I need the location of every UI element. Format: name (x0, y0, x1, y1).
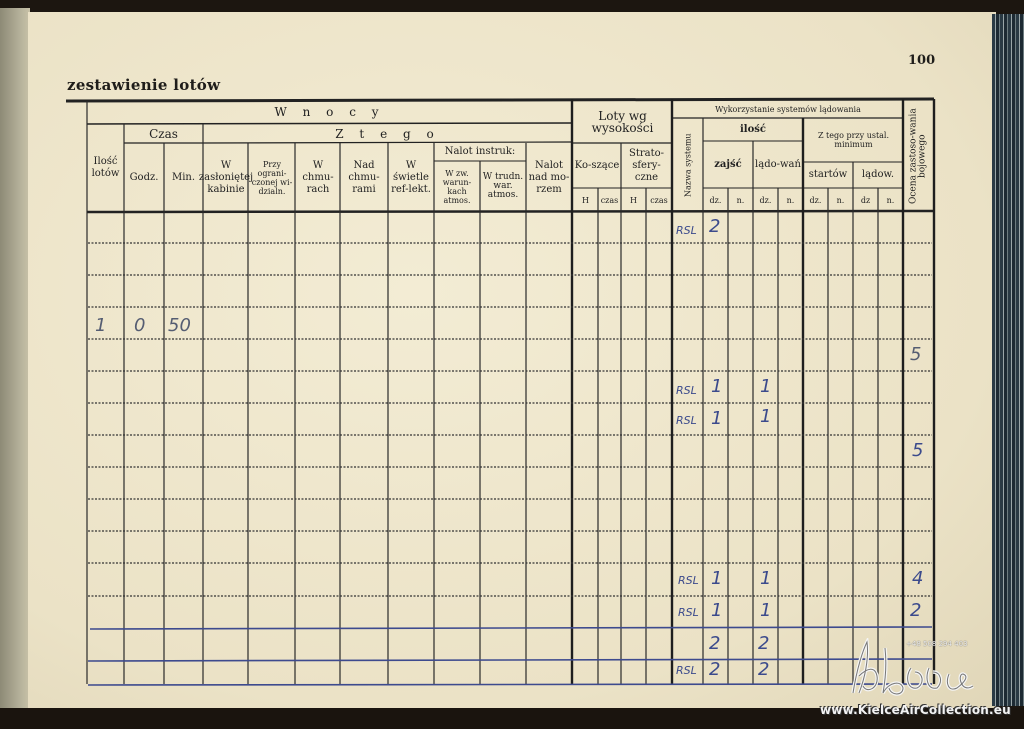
entry-ocena: 2 (910, 600, 921, 621)
entry-godz: 0 (134, 315, 145, 336)
entry-ladowan-dz-total: 2 (758, 659, 769, 680)
header-strato-czas: czas (646, 188, 672, 212)
watermark-phone: +48 508 294 403 (906, 640, 968, 648)
header-czas: Czas (124, 124, 203, 143)
watermark-site: www.KielceAirCollection.eu (820, 703, 1011, 717)
header-w-chmurach: W chmu-rach (296, 143, 340, 212)
header-ladowan-dz: dz. (753, 188, 778, 212)
header-ladow-dz: dz (853, 188, 878, 212)
header-w-nocy: W n o c y (87, 101, 572, 123)
entry-ocena: 5 (912, 440, 923, 461)
entry-ladowan-dz: 1 (760, 600, 771, 621)
header-stratosferyczne: Strato-sfery-czne (622, 143, 671, 188)
header-koszace-h: H (573, 188, 598, 212)
header-swietle-reflekt: W świetle ref-lekt. (389, 143, 433, 212)
entry-ocena: 4 (912, 568, 923, 589)
entry-system: RSL (676, 384, 697, 397)
entry-ladowan-dz: 1 (760, 406, 771, 427)
header-zaslonietej-kabinie: W zasłoniętej kabinie (205, 143, 247, 212)
entry-zajsc-dz: 1 (711, 600, 722, 621)
header-ilosc: ilość (703, 118, 803, 141)
header-startow-n: n. (828, 188, 853, 212)
header-zajsc-n: n. (728, 188, 753, 212)
header-startow: startów (803, 162, 853, 188)
header-nad-chmurami: Nad chmu-rami (341, 143, 387, 212)
header-trudn-war: W trudn. war. atmos. (481, 161, 525, 212)
header-ladow: lądow. (853, 162, 903, 188)
entry-zajsc-dz: 1 (711, 376, 722, 397)
header-ladow-n: n. (878, 188, 903, 212)
entry-zajsc-dz: 1 (711, 408, 722, 429)
entry-system: RSL (678, 574, 699, 587)
entry-zajsc-dz: 2 (709, 216, 720, 237)
entry-system: RSL (676, 224, 697, 237)
header-zajsc-dz: dz. (703, 188, 728, 212)
header-z-tego-minimum: Z tego przy ustal. minimum (804, 118, 903, 162)
entry-min: 50 (168, 315, 191, 336)
entry-system: RSL (676, 414, 697, 427)
entry-system: RSL (678, 606, 699, 619)
entry-system: RSL (676, 664, 697, 677)
header-zajsc: zajść (703, 141, 753, 188)
header-nazwa-systemu: Nazwa systemu (673, 119, 703, 211)
header-godz: Godz. (124, 143, 164, 212)
header-nad-morzem: Nalot nad mo-rzem (527, 143, 571, 212)
header-wykorzystanie: Wykorzystanie systemów lądowania (673, 101, 903, 118)
entry-zajsc-dz-total: 2 (709, 633, 720, 654)
header-koszace-czas: czas (598, 188, 621, 212)
entry-ocena: 5 (910, 344, 921, 365)
header-z-tego: Z t e g o (203, 124, 572, 143)
entry-ilosc-lotow: 1 (95, 315, 106, 336)
header-zw-warunkach: W zw. warun-kach atmos. (435, 161, 479, 212)
header-nalot-instruk: Nalot instruk: (434, 143, 526, 161)
entry-ladowan-dz-total: 2 (758, 633, 769, 654)
header-ograniczonej-widzialnosci: Przy ograni-czonej wi-dzialn. (250, 143, 294, 212)
header-ocena: Ocena zastoso-wania bojowego (904, 101, 933, 211)
header-ilosc-lotow: Ilość lotów (87, 124, 124, 212)
header-strato-h: H (621, 188, 646, 212)
header-ladowan-n: n. (778, 188, 803, 212)
header-koszace: Ko-szące (573, 143, 621, 188)
entry-ladowan-dz: 1 (760, 376, 771, 397)
entry-zajsc-dz-total: 2 (709, 659, 720, 680)
header-ladowan: lądo-wań (753, 141, 803, 188)
header-startow-dz: dz. (803, 188, 828, 212)
entry-zajsc-dz: 1 (711, 568, 722, 589)
header-min: Min. (164, 143, 203, 212)
header-loty-wg-wysokosci: Loty wg wysokości (574, 101, 671, 143)
entry-ladowan-dz: 1 (760, 568, 771, 589)
